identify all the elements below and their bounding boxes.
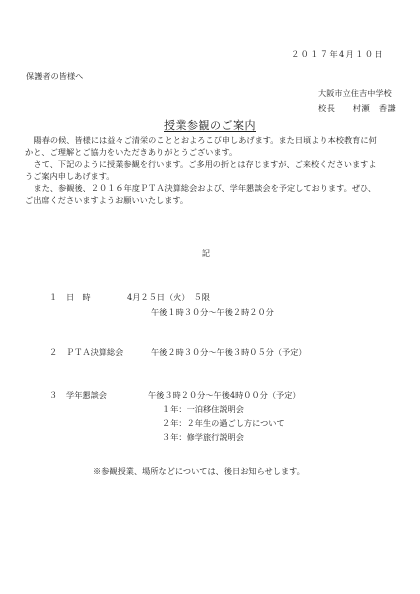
item-label: 学年懇談会 [66, 390, 107, 401]
addressee: 保護者の皆様へ [26, 71, 83, 82]
body-paragraphs: 陽春の候、皆様には益々ご清栄のこととおよろこび申しあげます。また日頃より本校教育… [25, 134, 397, 207]
document-title: 授業参観のご案内 [0, 117, 420, 133]
body-line: 陽春の候、皆様には益々ご清栄のこととおよろこび申しあげます。また日頃より本校教育… [25, 134, 397, 146]
body-line: うご案内申しあげます。 [25, 170, 397, 182]
body-line: かと、ご理解とご協力をいただきありがとうございます。 [25, 146, 397, 158]
body-line: また、参観後、２０１６年度ＰＴＡ決算総会および、学年懇談会を予定しております。ぜ… [25, 182, 397, 194]
item-label: 日 時 [66, 292, 91, 303]
body-line: さて、下記のように授業参観を行います。ご多用の折とは存じますが、ご来校くださいま… [25, 158, 397, 170]
school-name: 大阪市立住吉中学校 [318, 86, 396, 101]
footnote: ※参観授業、場所などについては、後日お知らせします。 [93, 466, 305, 477]
item-sub: ２年：２年生の過ごし方について [162, 418, 285, 429]
date: ２０１７年4月１０日 [291, 49, 384, 60]
item-label: ＰＴＡ決算総会 [66, 347, 123, 358]
item-number: １ [49, 292, 57, 303]
item-number: ３ [49, 390, 57, 401]
item-number: ２ [49, 347, 57, 358]
principal-name: 校長 村瀬 香謙 [318, 101, 396, 116]
item-sub: ３年：修学旅行説明会 [162, 432, 244, 443]
item-value: 午後３時２０分～午後4時００分（予定） [148, 390, 301, 401]
ki-heading: 記 [0, 248, 412, 259]
item-sub: １年：一泊移住説明会 [162, 404, 244, 415]
item-value: 午後２時３０分～午後３時０５分（予定） [151, 347, 307, 358]
item-sub: 午後１時３０分～午後２時２０分 [151, 307, 274, 318]
body-line: ご出席くださいますようお願いいたします。 [25, 194, 397, 206]
item-value: 4月２５日（火） ５限 [127, 292, 210, 303]
sender-block: 大阪市立住吉中学校 校長 村瀬 香謙 [318, 86, 396, 115]
